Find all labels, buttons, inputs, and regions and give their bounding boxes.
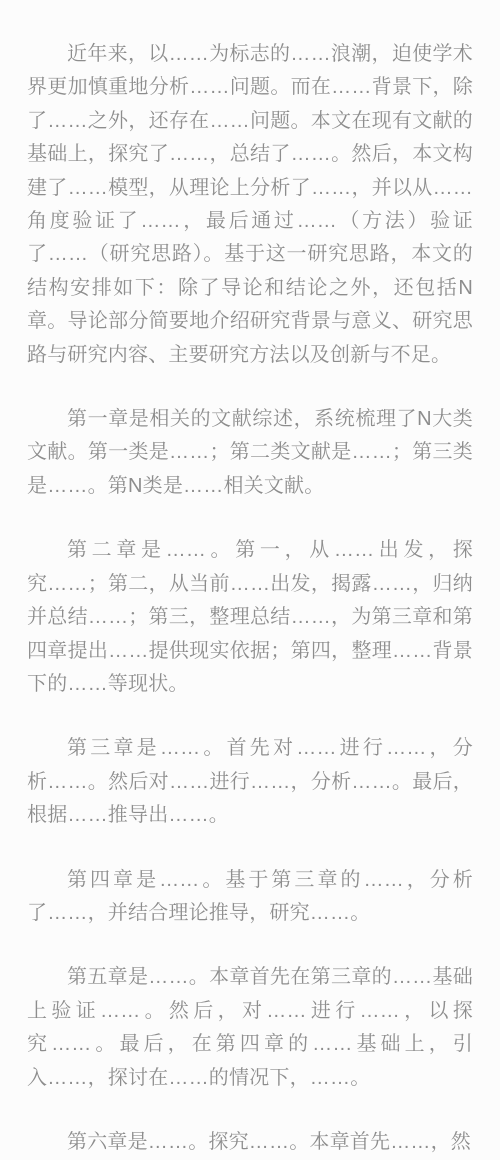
- paragraph-chapter-1: 第一章是相关的文献综述，系统梳理了N大类文献。第一类是……；第二类文献是……；第…: [27, 403, 473, 503]
- paragraph-intro: 近年来，以……为标志的……浪潮，迫使学术界更加慎重地分析……问题。而在……背景下…: [27, 38, 473, 372]
- paragraph-chapter-3: 第三章是……。首先对……进行……，分析……。然后对……进行……，分析……。最后，…: [27, 732, 473, 832]
- paragraph-chapter-2: 第二章是……。第一，从……出发，探究……；第二，从当前……出发，揭露……，归纳并…: [27, 534, 473, 701]
- article-body: 近年来，以……为标志的……浪潮，迫使学术界更加慎重地分析……问题。而在……背景下…: [0, 0, 500, 1160]
- paragraph-chapter-5: 第五章是……。本章首先在第三章的……基础上验证……。然后，对……进行……，以探究…: [27, 961, 473, 1095]
- paragraph-chapter-6-truncated: 第六章是……。探究……。本章首先……，然: [27, 1126, 473, 1159]
- paragraph-chapter-4: 第四章是……。基于第三章的……，分析了……，并结合理论推导，研究……。: [27, 864, 473, 931]
